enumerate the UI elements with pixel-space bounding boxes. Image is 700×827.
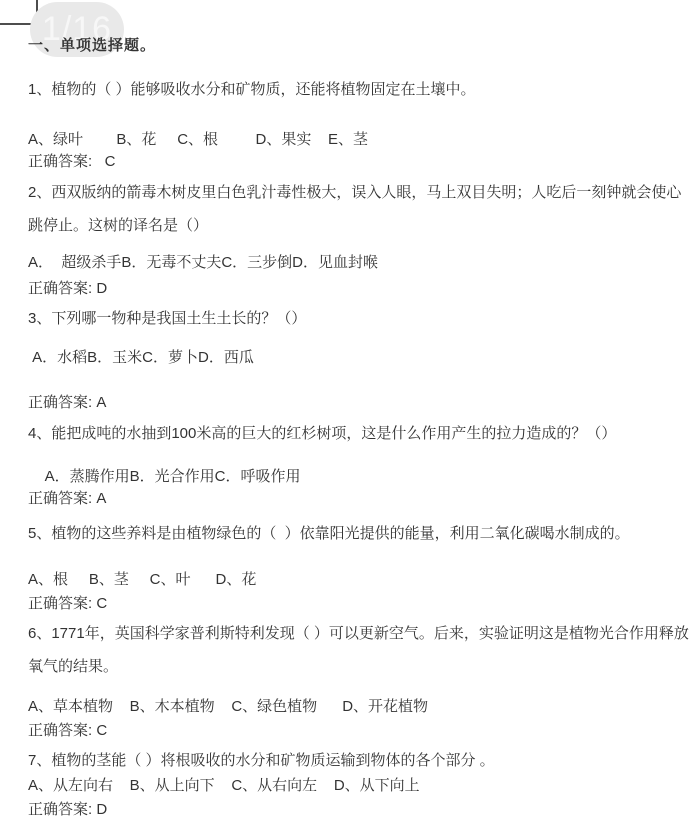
question-answer: 正确答案: C [28,714,692,747]
question-answer: 正确答案: A [28,482,692,515]
question-text: 6、1771年，英国科学家普利斯特利发现（ ）可以更新空气。后来，实验证明这是植… [28,617,692,683]
question-text: 3、下列哪一物种是我国土生土长的？（） [28,302,692,335]
question-answer: 正确答案: C [28,587,692,620]
section-title: 一、单项选择题。 [28,36,692,56]
question-text: 1、植物的（ ）能够吸收水分和矿物质，还能将植物固定在土壤中。 [28,73,692,106]
question-answer: 正确答案: D [28,272,692,305]
question-answer: 正确答案: C [28,145,692,178]
question-text: 2、西双版纳的箭毒木树皮里白色乳汁毒性极大，误入人眼，马上双目失明；人吃后一刻钟… [28,176,692,242]
question-text: 4、能把成吨的水抽到100米高的巨大的红杉树项，这是什么作用产生的拉力造成的？（… [28,417,692,450]
question-text: 5、植物的这些养料是由植物绿色的（ ）依靠阳光提供的能量，利用二氧化碳喝水制成的… [28,517,692,550]
question-options: A．水稻B．玉米C．萝卜D．西瓜 [28,341,692,374]
question-answer: 正确答案: D [28,793,692,826]
question-answer: 正确答案: A [28,386,692,419]
document-page: 1/16 一、单项选择题。 1、植物的（ ）能够吸收水分和矿物质，还能将植物固定… [0,0,700,827]
